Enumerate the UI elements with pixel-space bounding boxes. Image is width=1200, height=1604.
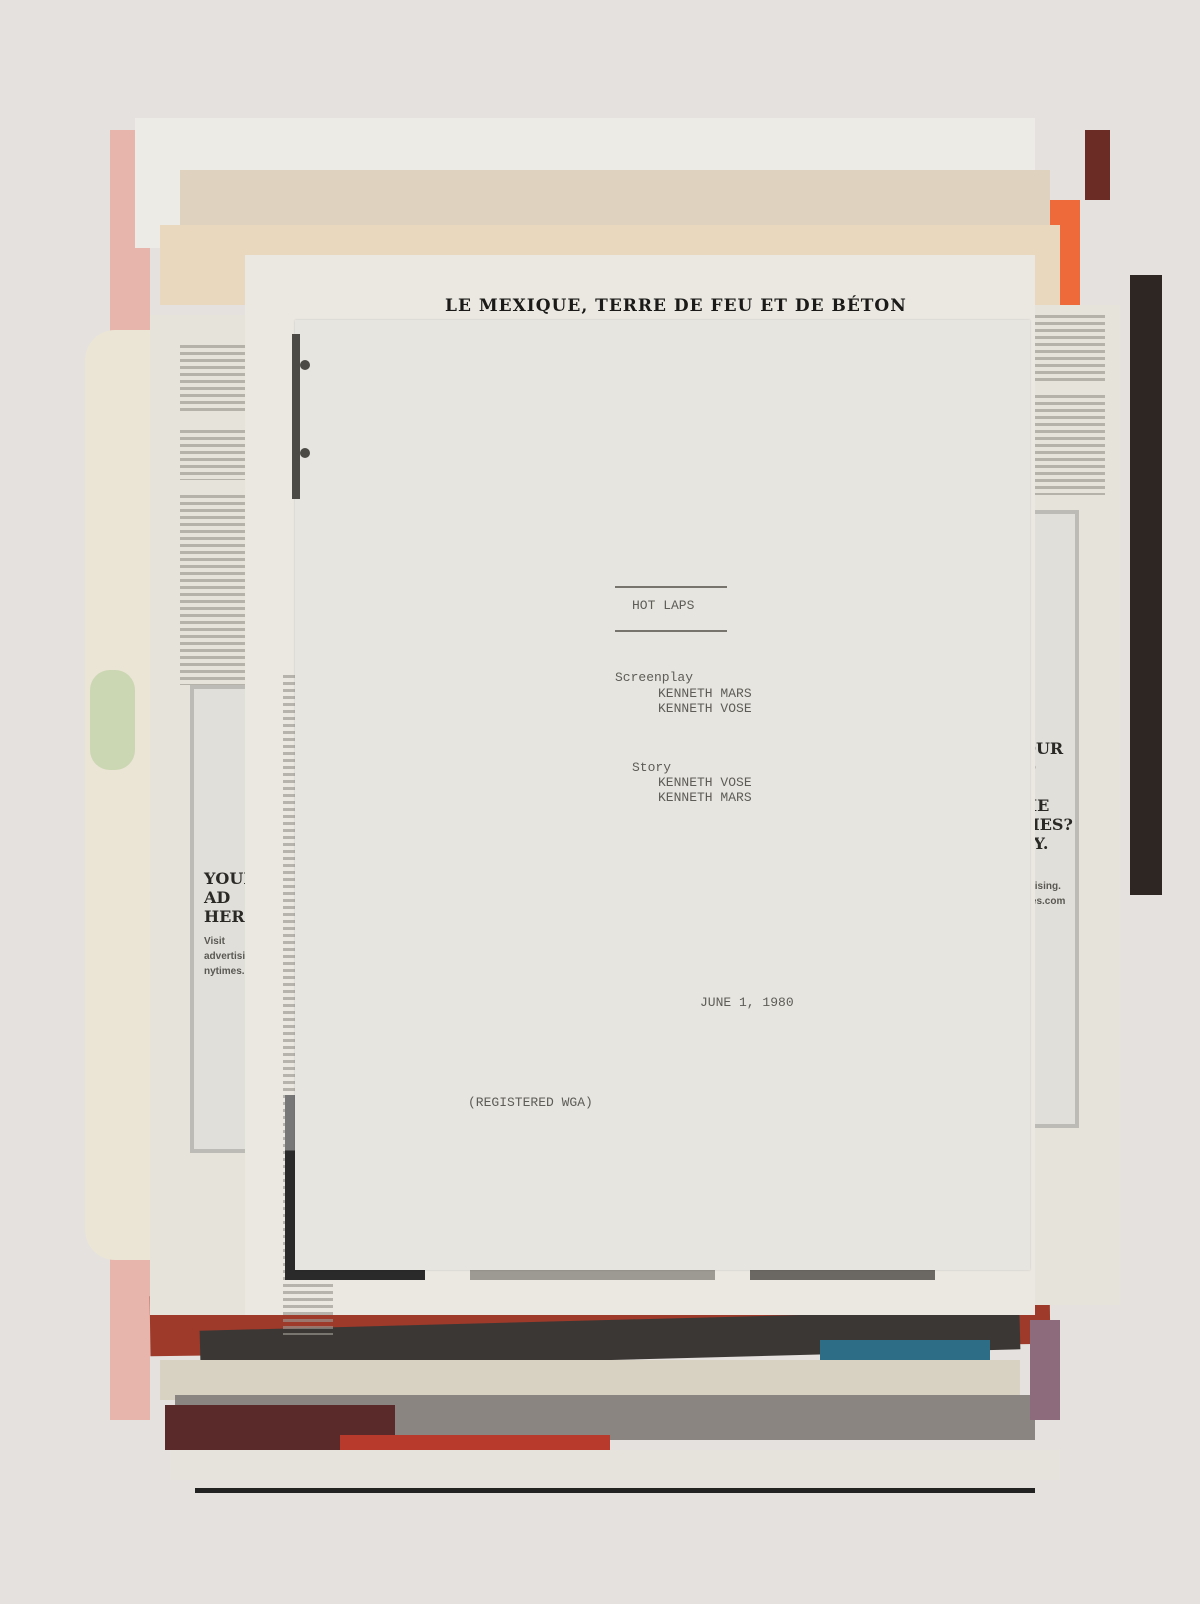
binder-clip: [292, 334, 300, 499]
screenplay-date: JUNE 1, 1980: [700, 995, 794, 1010]
story-writer-1: KENNETH VOSE: [658, 775, 752, 790]
article-text: [1030, 395, 1105, 495]
article-text: [1030, 315, 1105, 385]
screenplay-title: HOT LAPS: [632, 598, 694, 613]
article-text: [180, 345, 255, 415]
story-label: Story: [632, 760, 671, 775]
purple-edge: [1030, 1320, 1060, 1420]
screenplay-label: Screenplay: [615, 670, 693, 685]
story-writer-2: KENNETH MARS: [658, 790, 752, 805]
newspaper-headline: LE MEXIQUE, TERRE DE FEU ET DE BÉTON: [445, 296, 895, 316]
screenplay-writer-1: KENNETH MARS: [658, 686, 752, 701]
title-rule-top: [615, 586, 727, 588]
article-text: [180, 430, 255, 480]
screenplay-writer-2: KENNETH VOSE: [658, 701, 752, 716]
black-edge: [195, 1488, 1035, 1493]
brown-paper-edge: [1085, 130, 1110, 200]
newspaper-right-column: OUR D E HE MES? SY. t ertising. mes.com: [1020, 305, 1120, 1305]
beige-clipping: [160, 1360, 1020, 1400]
green-stain: [90, 670, 135, 770]
white-clipping: [170, 1450, 1060, 1480]
wga-registration: (REGISTERED WGA): [468, 1095, 593, 1110]
article-text: [180, 495, 255, 685]
title-rule-bottom: [615, 630, 727, 632]
clip-hole-icon: [300, 360, 310, 370]
clip-hole-icon: [300, 448, 310, 458]
dark-paper-edge: [1130, 275, 1162, 895]
